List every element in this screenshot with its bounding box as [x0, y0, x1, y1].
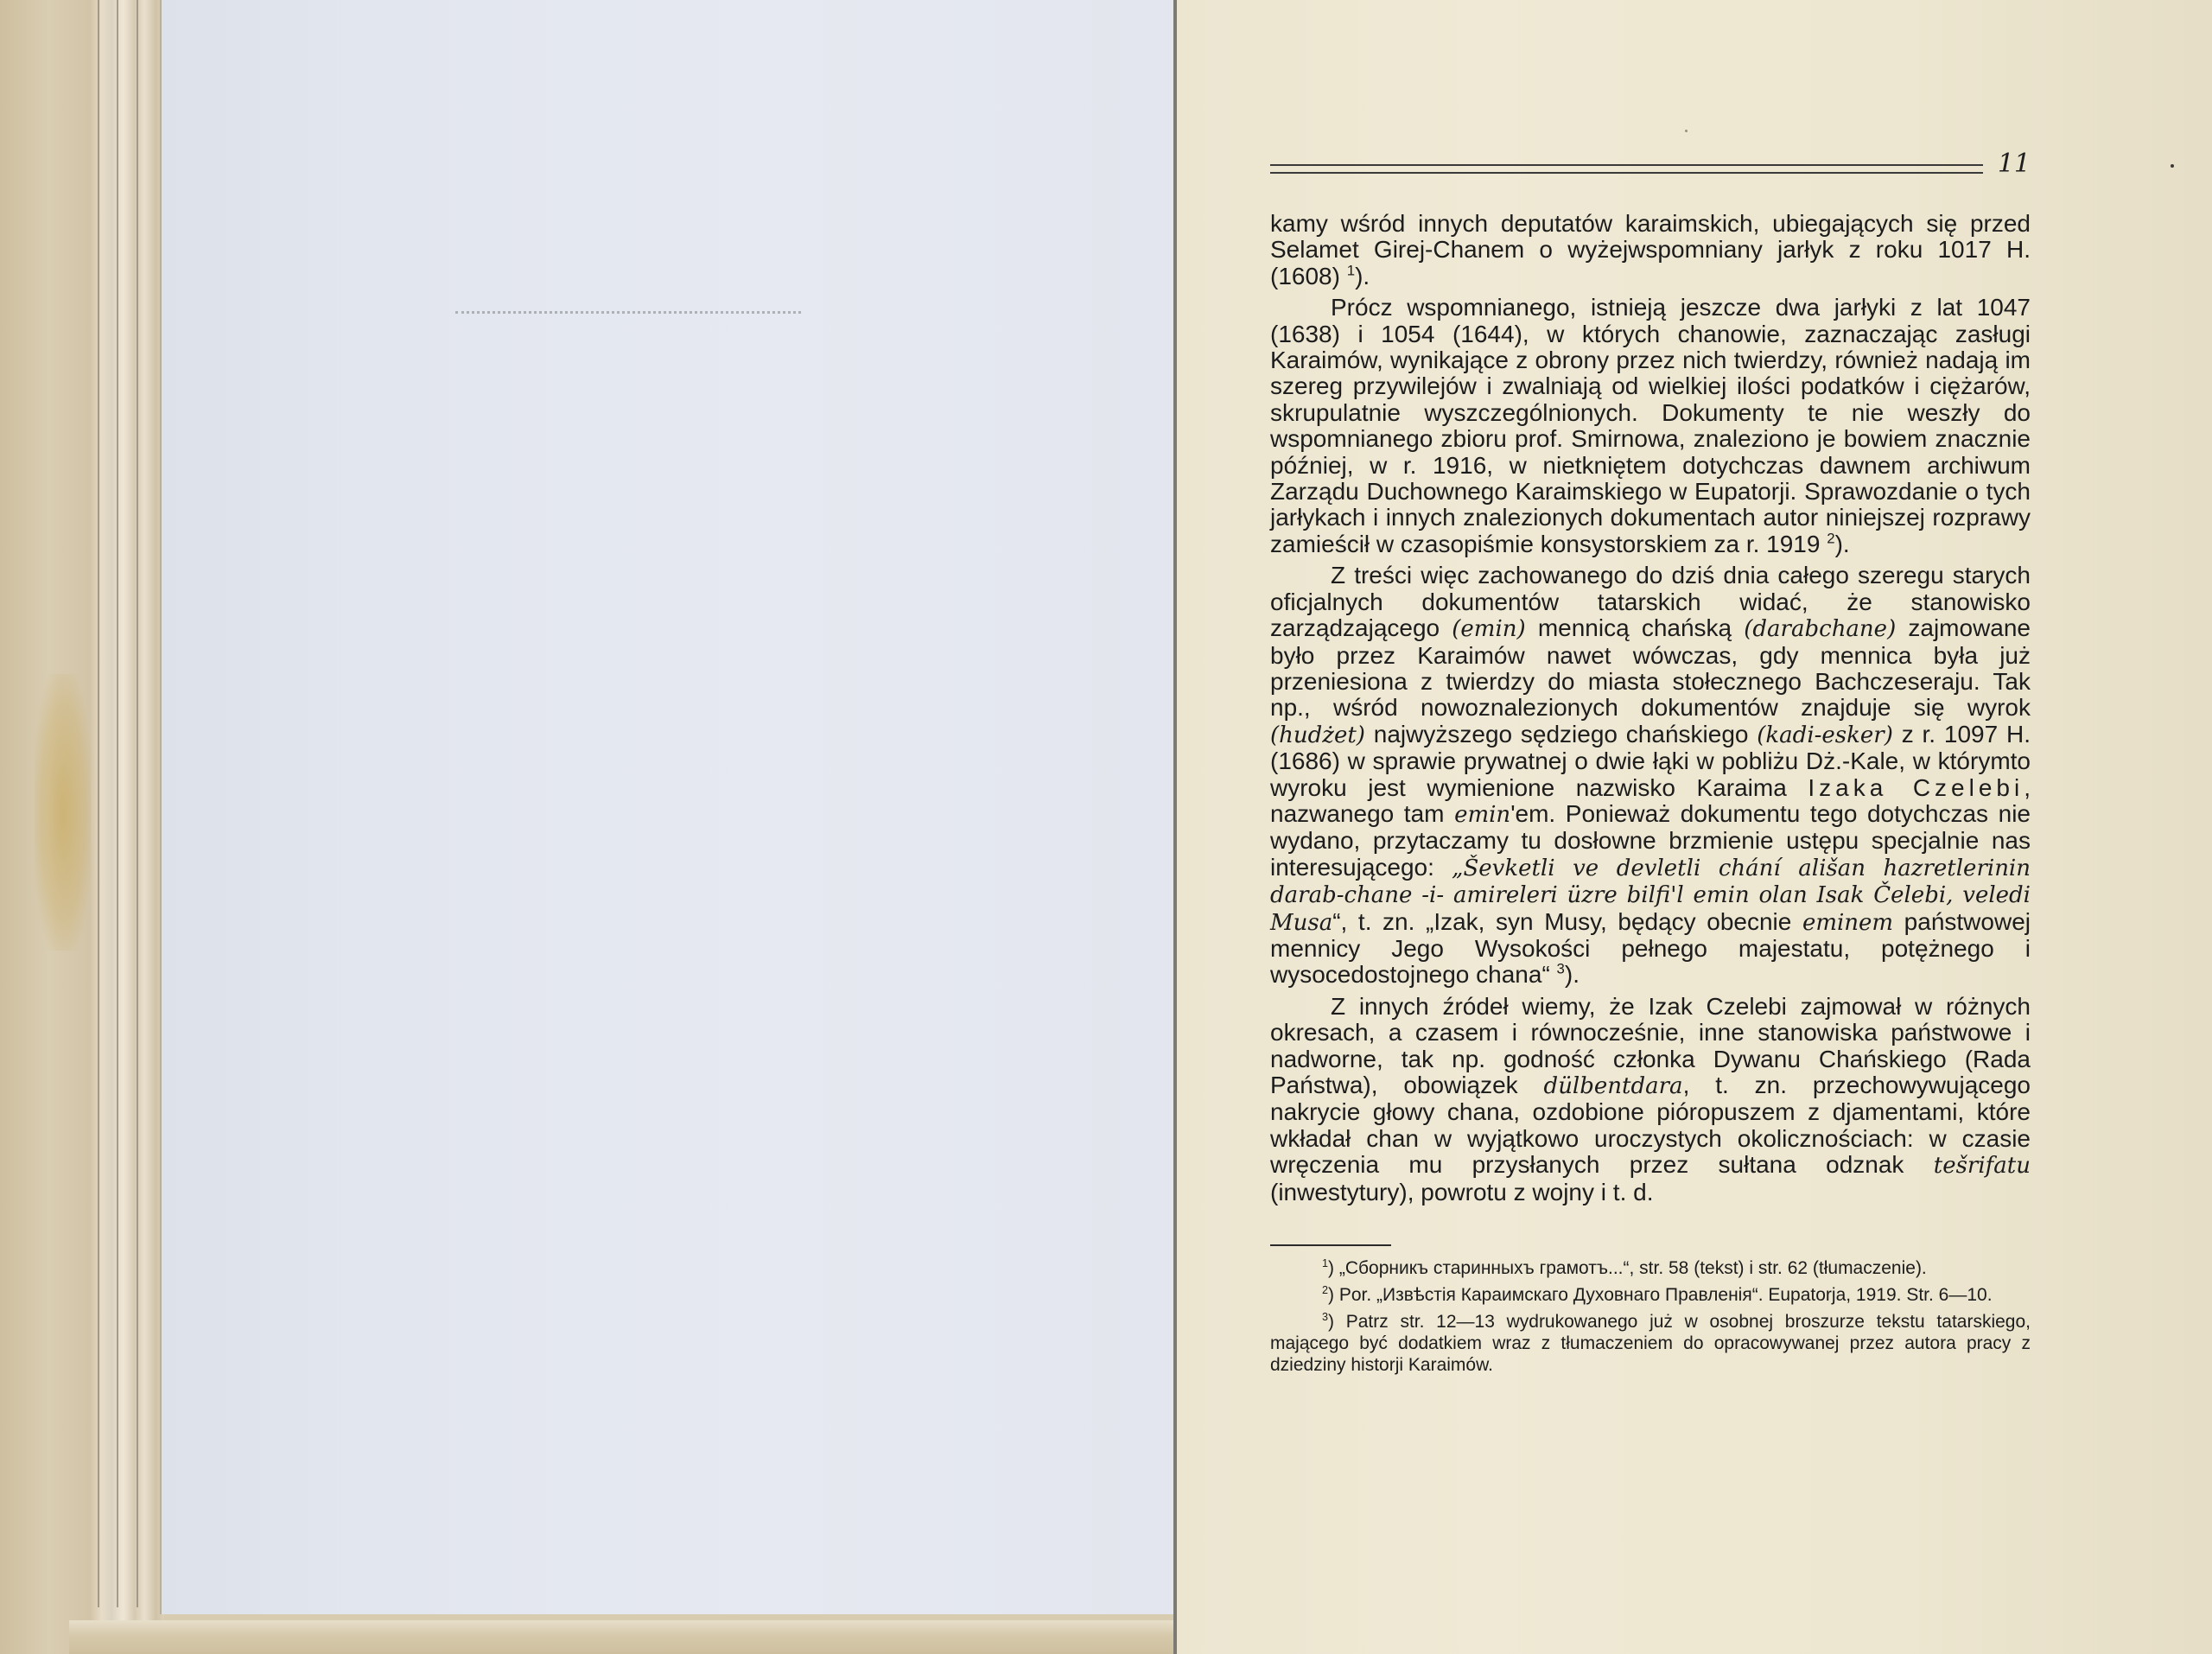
italic-term: (emin) [1452, 616, 1525, 642]
italic-term: tešrifatu [1934, 1153, 2031, 1179]
page-number: 11 [1998, 149, 2031, 179]
text-run: kamy wśród innych deputatów karaimskich,… [1270, 210, 2031, 289]
footnote-ref: 2 [1827, 531, 1834, 547]
footnotes: 1) „Сборникъ старинныхъ грамотъ...“, str… [1270, 1257, 2031, 1381]
left-page-blank [160, 0, 1177, 1614]
body-text: kamy wśród innych deputatów karaimskich,… [1270, 211, 2031, 1211]
italic-term: (kadi-esker) [1757, 722, 1893, 748]
footnote-text: ) Patrz str. 12—13 wydrukowanego już w o… [1270, 1312, 2031, 1375]
footnote-ref: 1 [1347, 262, 1355, 278]
footnote-mark: 2 [1322, 1284, 1328, 1296]
spaced-name: Izaka Czelebi [1808, 774, 2024, 801]
text-run: (inwestytury), powrotu z wojny i t. d. [1270, 1179, 1653, 1206]
italic-term: dülbentdara [1544, 1073, 1683, 1099]
paragraph: Prócz wspomnianego, istnieją jeszcze dwa… [1270, 295, 2031, 557]
footnote-text: ) Por. „Извѣстія Караимскаго Духовнаго П… [1328, 1285, 1993, 1305]
text-run: “, t. zn. „Izak, syn Musy, będący obecni… [1332, 908, 1802, 935]
italic-term: (hudżet) [1270, 722, 1365, 748]
book-bottom-edge [69, 1620, 1175, 1654]
paragraph: kamy wśród innych deputatów karaimskich,… [1270, 211, 2031, 289]
footnote-text: ) „Сборникъ старинныхъ грамотъ...“, str.… [1328, 1258, 1927, 1278]
footnote-ref: 3 [1557, 961, 1565, 977]
footnote-separator [1270, 1244, 1391, 1246]
text-run: Prócz wspomnianego, istnieją jeszcze dwa… [1270, 294, 2031, 557]
header-double-rule [1270, 164, 1983, 174]
page-edge-line [98, 0, 99, 1607]
water-stain [35, 674, 91, 951]
footnote: 1) „Сборникъ старинныхъ грамотъ...“, str… [1270, 1257, 2031, 1279]
italic-term: emin [1454, 802, 1510, 828]
footnote: 3) Patrz str. 12—13 wydrukowanego już w … [1270, 1311, 2031, 1376]
page-edge-line [137, 0, 138, 1607]
footnote: 2) Por. „Извѣстія Караимскаго Духовнаго … [1270, 1284, 2031, 1306]
paper-speck [1685, 130, 1688, 132]
footnote-mark: 1 [1322, 1257, 1328, 1269]
paper-speck [2171, 164, 2174, 168]
text-run: ). [1835, 531, 1850, 557]
footnote-mark: 3 [1322, 1311, 1328, 1323]
text-run: mennicą chańską [1526, 614, 1745, 641]
paragraph: Z treści więc zachowanego do dziś dnia c… [1270, 563, 2031, 989]
text-run: ). [1355, 263, 1370, 289]
text-run: najwyższego sędziego chańskiego [1365, 721, 1757, 747]
paragraph: Z innych źródeł wiemy, że Izak Czelebi z… [1270, 994, 2031, 1206]
text-run: ). [1565, 961, 1580, 988]
italic-term: (darabchane) [1744, 616, 1896, 642]
italic-term: eminem [1802, 910, 1893, 936]
page-edge-line [117, 0, 118, 1607]
running-header: 11 [1270, 156, 2031, 181]
show-through-rule [455, 311, 801, 314]
